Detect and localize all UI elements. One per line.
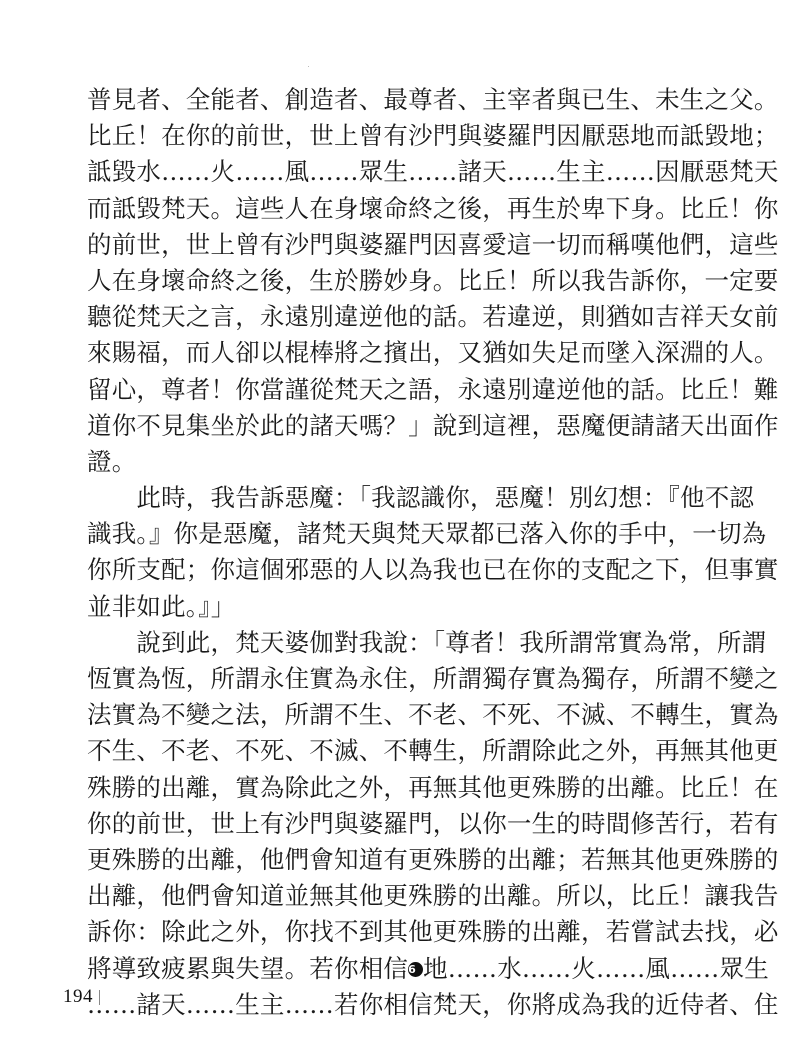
line-text: 道你不見集坐於此的諸天嗎？」說到這裡，惡魔便請諸天出面作	[87, 408, 707, 444]
line-text: 來賜福，而人卻以棍棒將之擯出，又猶如失足而墜入深淵的人。	[87, 335, 707, 371]
text-line: 你所支配；你這個邪惡的人以為我也已在你的支配之下，但事實	[87, 552, 707, 588]
line-text: 比丘！在你的前世，世上曾有沙門與婆羅門因厭惡地而詆毀地；	[87, 118, 707, 154]
line-text: 聽從梵天之言，永遠別違逆他的話。若違逆，則猶如吉祥天女前	[87, 299, 707, 335]
footnote-marker[interactable]: 6	[408, 962, 423, 977]
text-line: 普見者、全能者、創造者、最尊者、主宰者與已生、未生之父。	[87, 82, 707, 118]
line-text: 說到此，梵天婆伽對我說：「尊者！我所謂常實為常，所謂	[87, 625, 707, 661]
page-number: 194	[63, 986, 93, 1008]
text-line: 留心，尊者！你當謹從梵天之語，永遠別違逆他的話。比丘！難	[87, 372, 707, 408]
page-number-divider	[99, 990, 100, 1005]
text-line: 比丘！在你的前世，世上曾有沙門與婆羅門因厭惡地而詆毀地；	[87, 118, 707, 154]
line-text: 識我。』你是惡魔，諸梵天與梵天眾都已落入你的手中，一切為	[87, 516, 707, 552]
text-line: 詆毀水……火……風……眾生……諸天……生主……因厭惡梵天	[87, 154, 707, 190]
text-line: 來賜福，而人卻以棍棒將之擯出，又猶如失足而墜入深淵的人。	[87, 335, 707, 371]
line-text: 並非如此。』」	[87, 589, 707, 625]
text-line: 人在身壞命終之後，生於勝妙身。比丘！所以我告訴你，一定要	[87, 263, 707, 299]
line-text: 殊勝的出離，實為除此之外，再無其他更殊勝的出離。比丘！在	[87, 770, 707, 806]
line-text: 而詆毀梵天。這些人在身壞命終之後，再生於卑下身。比丘！你	[87, 191, 707, 227]
line-text: 留心，尊者！你當謹從梵天之語，永遠別違逆他的話。比丘！難	[87, 372, 707, 408]
line-text: 不生、不老、不死、不滅、不轉生，所謂除此之外，再無其他更	[87, 733, 707, 769]
line-text: 恆實為恆，所謂永住實為永住，所謂獨存實為獨存，所謂不變之	[87, 661, 707, 697]
line-text: 詆毀水……火……風……眾生……諸天……生主……因厭惡梵天	[87, 154, 707, 190]
line-text: 法實為不變之法，所謂不生、不老、不死、不滅、不轉生，實為	[87, 697, 707, 733]
line-text: 你所支配；你這個邪惡的人以為我也已在你的支配之下，但事實	[87, 552, 707, 588]
line-text: 將導致疲累與失望。若你相信6地……水……火……風……眾生	[87, 951, 707, 987]
line-text: 證。	[87, 444, 707, 480]
line-text: 人在身壞命終之後，生於勝妙身。比丘！所以我告訴你，一定要	[87, 263, 707, 299]
line-text: 的前世，世上曾有沙門與婆羅門因喜愛這一切而稱嘆他們，這些	[87, 227, 707, 263]
text-line: 道你不見集坐於此的諸天嗎？」說到這裡，惡魔便請諸天出面作	[87, 408, 707, 444]
paragraph-start-line: 說到此，梵天婆伽對我說：「尊者！我所謂常實為常，所謂	[87, 625, 707, 661]
line-text: 更殊勝的出離，他們會知道有更殊勝的出離；若無其他更殊勝的	[87, 842, 707, 878]
text-line: ……諸天……生主……若你相信梵天，你將成為我的近侍者、住	[87, 987, 707, 1023]
line-text: ……諸天……生主……若你相信梵天，你將成為我的近侍者、住	[87, 987, 707, 1023]
text-line: 聽從梵天之言，永遠別違逆他的話。若違逆，則猶如吉祥天女前	[87, 299, 707, 335]
line-text: 此時，我告訴惡魔：「我認識你，惡魔！別幻想：『他不認	[87, 480, 707, 516]
text-line: 出離，他們會知道並無其他更殊勝的出離。所以，比丘！讓我告	[87, 878, 707, 914]
text-line: 恆實為恆，所謂永住實為永住，所謂獨存實為獨存，所謂不變之	[87, 661, 707, 697]
text-line: 殊勝的出離，實為除此之外，再無其他更殊勝的出離。比丘！在	[87, 770, 707, 806]
text-line: 訴你：除此之外，你找不到其他更殊勝的出離，若嘗試去找，必	[87, 914, 707, 950]
text-line-with-footnote: 將導致疲累與失望。若你相信6地……水……火……風……眾生	[87, 951, 707, 987]
line-text: 你的前世，世上有沙門與婆羅門，以你一生的時間修苦行，若有	[87, 806, 707, 842]
line-text: 普見者、全能者、創造者、最尊者、主宰者與已生、未生之父。	[87, 82, 707, 118]
text-line: 而詆毀梵天。這些人在身壞命終之後，再生於卑下身。比丘！你	[87, 191, 707, 227]
text-line: 識我。』你是惡魔，諸梵天與梵天眾都已落入你的手中，一切為	[87, 516, 707, 552]
line-text: 訴你：除此之外，你找不到其他更殊勝的出離，若嘗試去找，必	[87, 914, 707, 950]
line-text: 出離，他們會知道並無其他更殊勝的出離。所以，比丘！讓我告	[87, 878, 707, 914]
line-text-after: 地……水……火……風……眾生	[423, 954, 769, 983]
book-page: 普見者、全能者、創造者、最尊者、主宰者與已生、未生之父。 比丘！在你的前世，世上…	[0, 0, 792, 1056]
text-line: 法實為不變之法，所謂不生、不老、不死、不滅、不轉生，實為	[87, 697, 707, 733]
body-text: 普見者、全能者、創造者、最尊者、主宰者與已生、未生之父。 比丘！在你的前世，世上…	[87, 82, 707, 1023]
paragraph-start-line: 此時，我告訴惡魔：「我認識你，惡魔！別幻想：『他不認	[87, 480, 707, 516]
text-line: 並非如此。』」	[87, 589, 707, 625]
text-line: 你的前世，世上有沙門與婆羅門，以你一生的時間修苦行，若有	[87, 806, 707, 842]
scan-artifact	[308, 66, 309, 67]
text-line: 更殊勝的出離，他們會知道有更殊勝的出離；若無其他更殊勝的	[87, 842, 707, 878]
text-line: 不生、不老、不死、不滅、不轉生，所謂除此之外，再無其他更	[87, 733, 707, 769]
line-text-before: 將導致疲累與失望。若你相信	[87, 954, 408, 983]
text-line: 的前世，世上曾有沙門與婆羅門因喜愛這一切而稱嘆他們，這些	[87, 227, 707, 263]
text-line: 證。	[87, 444, 707, 480]
